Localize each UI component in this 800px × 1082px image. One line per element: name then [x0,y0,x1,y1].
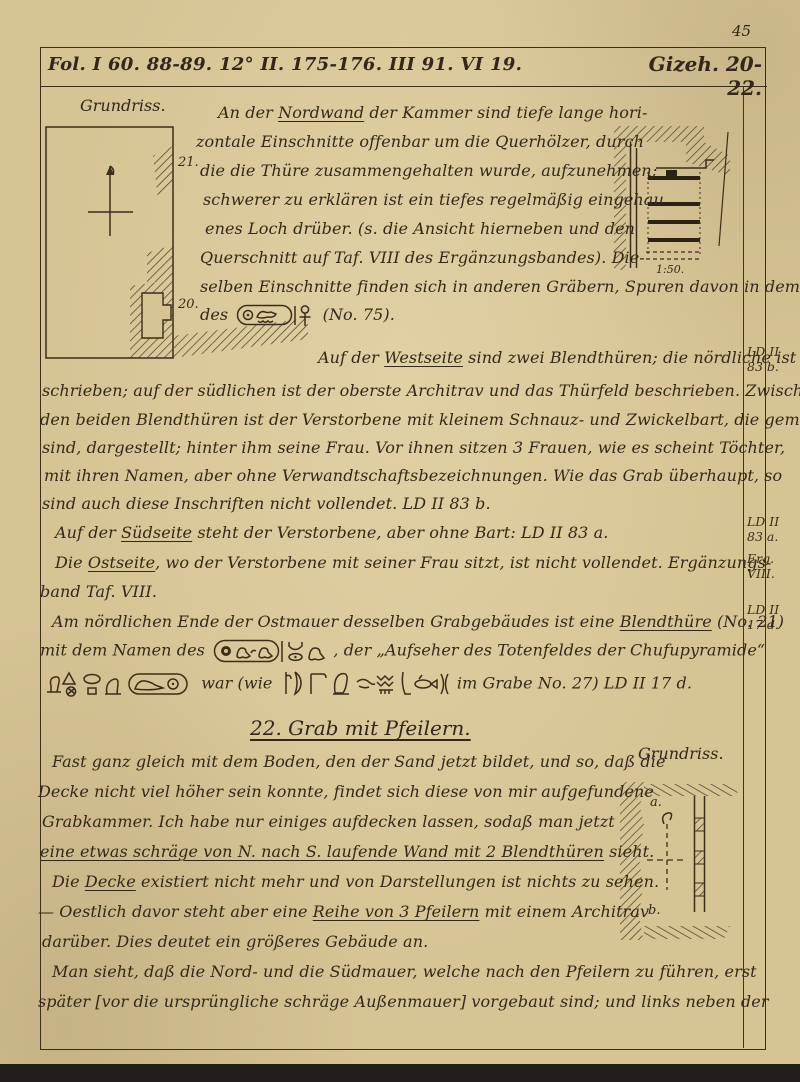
text-line: mit ihren Namen, aber ohne Verwandtschaf… [44,466,782,485]
text-line: später [vor die ursprüngliche schräge Au… [38,992,769,1011]
text-line: zontale Einschnitte offenbar um die Quer… [196,132,644,151]
margin-note-ld83a: LD II83 a. [747,514,799,544]
page-number: 45 [732,22,751,40]
text-line: Man sieht, daß die Nord- und die Südmaue… [52,962,757,981]
text-line: sind auch diese Inschriften nicht vollen… [42,494,491,513]
section-heading-22: 22. Grab mit Pfeilern. [250,716,471,740]
plan-mark-20: 20. [177,297,199,312]
text-line: Querschnitt auf Taf. VIII des Ergänzungs… [200,248,645,267]
scan-edge-bar [0,1064,800,1082]
text-line: Fast ganz gleich mit dem Boden, den der … [52,752,666,771]
text-line: Auf der Südseite steht der Verstorbene, … [55,523,608,542]
text-line: selben Einschnitte finden sich in andere… [200,277,800,296]
text-line: schwerer zu erklären ist ein tiefes rege… [203,190,664,209]
text-line-hieroglyph: des (No. 75). [200,302,395,329]
text-line: Decke nicht viel höher sein konnte, find… [38,782,654,801]
hieroglyph-comparison-cluster [281,668,449,700]
text-line: Grabkammer. Ich habe nur einiges aufdeck… [42,812,615,831]
plan-mark-b: b. [648,903,660,918]
plan-mark-21: 21. [177,155,199,170]
text-line: Am nördlichen Ende der Ostmauer desselbe… [52,612,784,631]
section-scale: 1:50. [656,263,684,276]
cartouche-sun-sphinx-glyph [236,302,314,329]
hieroglyph-title-row [43,668,193,700]
text-line-hieroglyph: mit dem Namen des , der „Aufseher des To… [40,636,765,666]
text-line: schrieben; auf der südlichen ist der obe… [42,381,800,400]
text-line: Die Ostseite, wo der Verstorbene mit sei… [55,553,771,572]
text-line: Auf der Westseite sind zwei Blendthüren;… [318,348,800,367]
page-title: Gizeh. 20-22. [638,52,762,100]
text-line: die die Thüre zusammengehalten wurde, au… [200,161,657,180]
text-line: An der Nordwand der Kammer sind tiefe la… [218,103,648,122]
text-line: den beiden Blendthüren ist der Verstorbe… [40,410,800,429]
text-line-hieroglyph: war (wie im Grabe No. 27) LD II 17 d. [40,668,692,700]
text-line: eine etwas schräge von N. nach S. laufen… [40,842,654,861]
scan-edge-shadow [0,1056,800,1064]
header-reference: Fol. I 60. 88-89. 12° II. 175-176. III 9… [48,54,522,75]
text-line: — Oestlich davor steht aber eine Reihe v… [38,902,649,921]
text-line: enes Loch drüber. (s. die Ansicht hierne… [205,219,635,238]
text-line: sind, dargestellt; hinter ihm seine Frau… [42,438,785,457]
scanned-manuscript-page: 45 Fol. I 60. 88-89. 12° II. 175-176. II… [0,0,800,1082]
text-line: darüber. Dies deutet ein größeres Gebäud… [42,932,428,951]
cartouche-royal-name-glyph [213,636,325,666]
text-line: Die Decke existiert nicht mehr und von D… [52,872,659,891]
text-line: band Taf. VIII. [40,582,157,601]
